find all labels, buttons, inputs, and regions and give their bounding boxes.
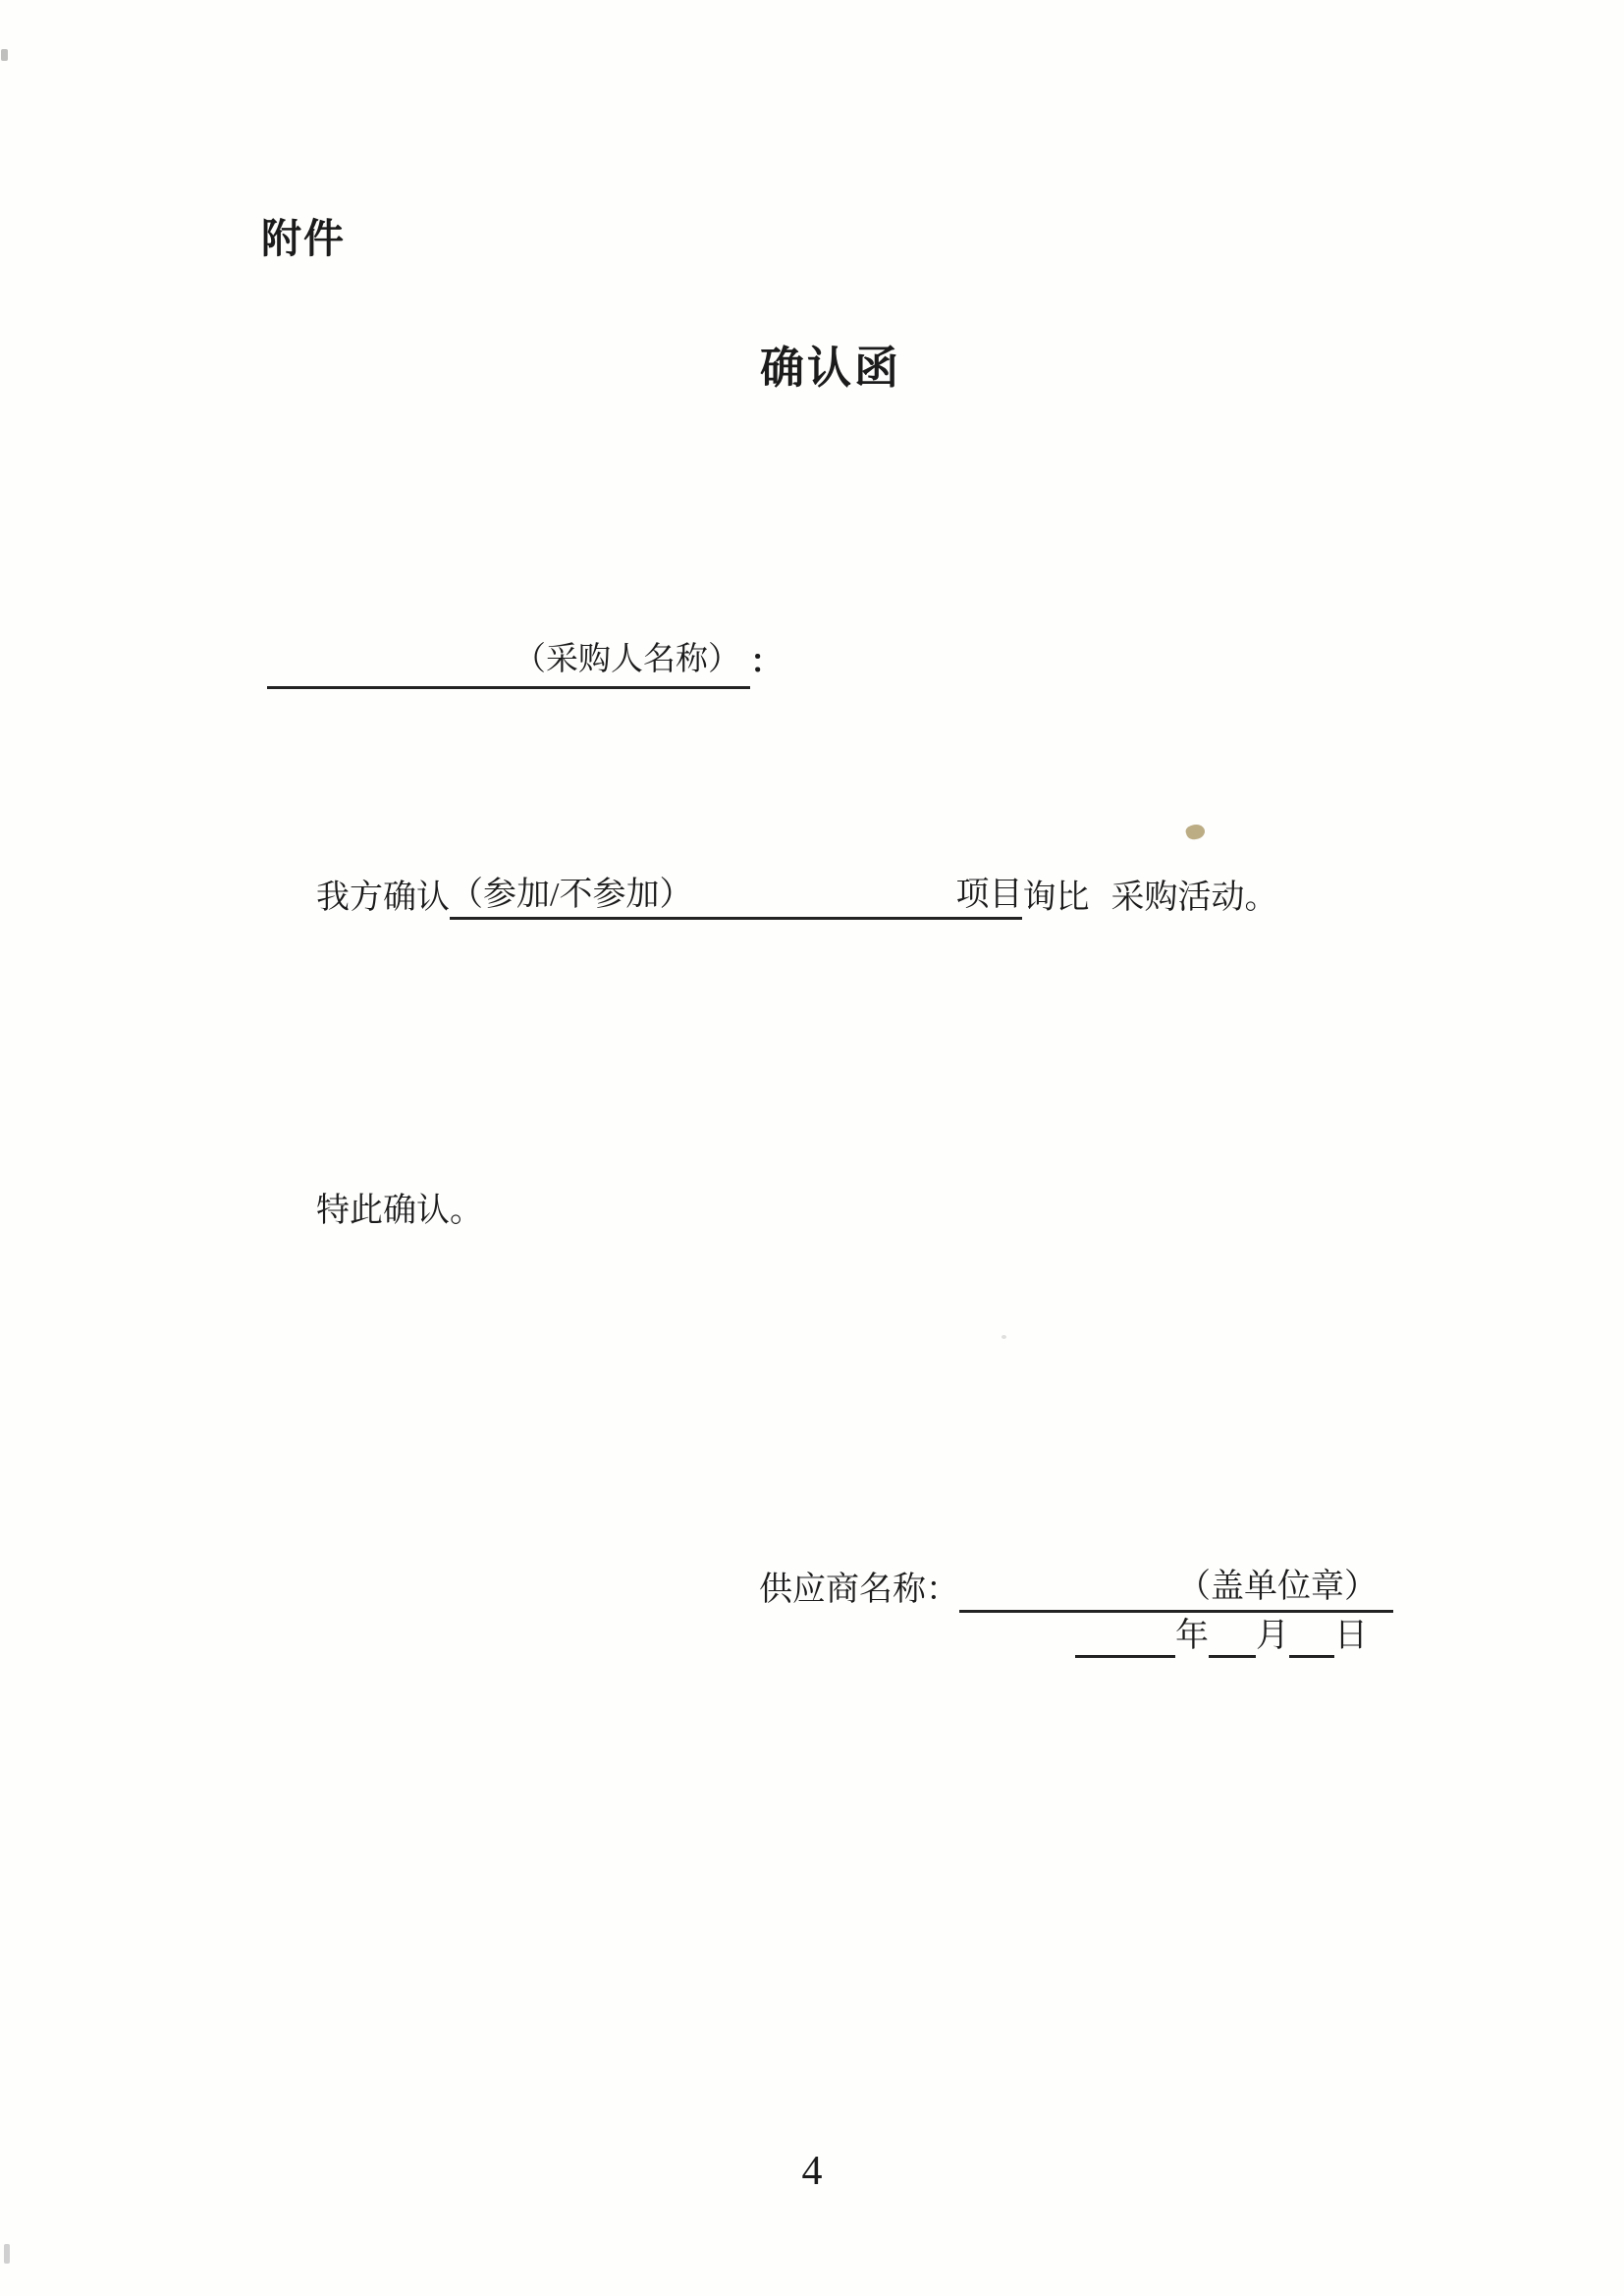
project-name-blank-field [692,877,955,920]
month-label: 月 [1256,1615,1289,1658]
confirmation-tail: 采购活动。 [1110,877,1277,920]
document-title: 确认函 [760,332,901,396]
date-line: 年月日 [1075,1615,1368,1658]
scan-speck-artifact [4,2244,10,2264]
participation-choice: （参加/不参加） [450,874,692,920]
day-blank-field [1289,1615,1334,1658]
project-word: 项目 [955,874,1022,920]
confirmation-sentence: 我方确认（参加/不参加）项目询比采购活动。 [316,874,1277,920]
procurement-method: 询比 [1022,877,1089,920]
scan-stain-artifact [1184,822,1207,841]
month-blank-field [1209,1615,1256,1658]
attachment-label: 附件 [261,206,346,264]
day-label: 日 [1334,1615,1368,1658]
supplier-name-blank-field: （盖单位章） [959,1565,1393,1613]
year-blank-field [1075,1615,1175,1658]
document-page: 附件 确认函 （采购人名称）： 我方确认（参加/不参加）项目询比采购活动。 特此… [0,0,1624,2296]
addressee-colon: ： [750,643,783,689]
year-label: 年 [1175,1615,1209,1658]
scan-speck-artifact [1,49,8,61]
page-number: 4 [0,2148,1624,2195]
supplier-signature-line: 供应商名称：（盖单位章） [759,1565,1393,1613]
scan-speck-artifact [1001,1335,1006,1339]
addressee-blank-field: （采购人名称） [267,640,750,689]
supplier-name-label: 供应商名称： [759,1568,959,1613]
closing-statement: 特此确认。 [316,1183,483,1231]
addressee-line: （采购人名称）： [267,640,783,689]
confirmation-prefix: 我方确认 [316,877,450,920]
